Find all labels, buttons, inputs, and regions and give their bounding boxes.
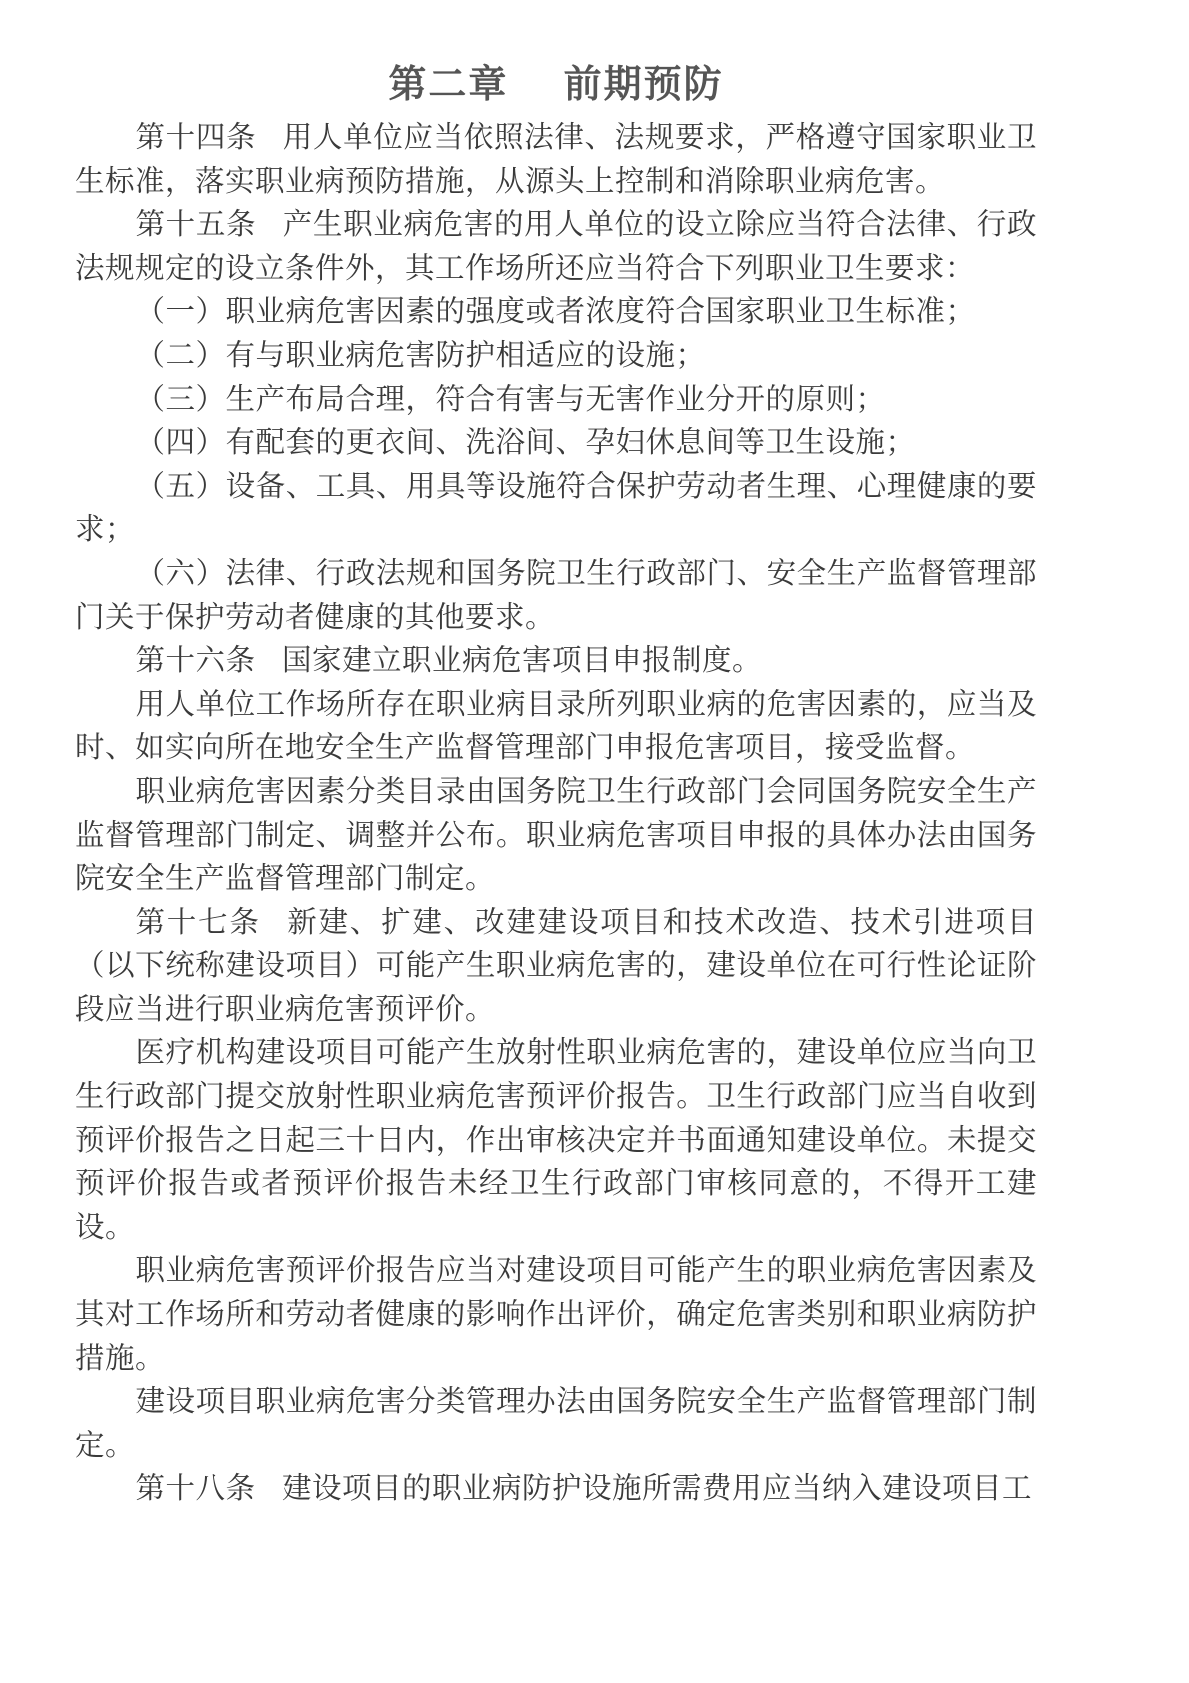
list-item-6: （六）法律、行政法规和国务院卫生行政部门、安全生产监督管理部门关于保护劳动者健康… <box>75 552 1037 639</box>
document-page: 第二章 前期预防 第十四条用人单位应当依照法律、法规要求，严格遵守国家职业卫生标… <box>75 58 1037 1511</box>
list-item-4: （四）有配套的更衣间、洗浴间、孕妇休息间等卫生设施； <box>75 421 1037 465</box>
article-15: 第十五条产生职业病危害的用人单位的设立除应当符合法律、行政法规规定的设立条件外，… <box>75 203 1037 290</box>
paragraph: 用人单位工作场所存在职业病目录所列职业病的危害因素的，应当及时、如实向所在地安全… <box>75 683 1037 770</box>
article-number: 第十七条 <box>135 905 260 939</box>
article-text: 建设项目的职业病防护设施所需费用应当纳入建设项目工 <box>282 1471 1032 1505</box>
paragraph: 职业病危害因素分类目录由国务院卫生行政部门会同国务院安全生产监督管理部门制定、调… <box>75 770 1037 901</box>
article-14: 第十四条用人单位应当依照法律、法规要求，严格遵守国家职业卫生标准，落实职业病预防… <box>75 116 1037 203</box>
list-item-5: （五）设备、工具、用具等设施符合保护劳动者生理、心理健康的要求； <box>75 465 1037 552</box>
list-item-2: （二）有与职业病危害防护相适应的设施； <box>75 334 1037 378</box>
article-text: 国家建立职业病危害项目申报制度。 <box>282 643 762 677</box>
article-16: 第十六条国家建立职业病危害项目申报制度。 <box>75 639 1037 683</box>
chapter-title: 第二章 前期预防 <box>75 58 1037 110</box>
article-number: 第十五条 <box>135 207 256 241</box>
article-18: 第十八条建设项目的职业病防护设施所需费用应当纳入建设项目工 <box>75 1467 1037 1511</box>
list-item-3: （三）生产布局合理，符合有害与无害作业分开的原则； <box>75 378 1037 422</box>
list-item-1: （一）职业病危害因素的强度或者浓度符合国家职业卫生标准； <box>75 290 1037 334</box>
article-number: 第十六条 <box>135 643 255 677</box>
paragraph: 建设项目职业病危害分类管理办法由国务院安全生产监督管理部门制定。 <box>75 1380 1037 1467</box>
paragraph: 医疗机构建设项目可能产生放射性职业病危害的，建设单位应当向卫生行政部门提交放射性… <box>75 1031 1037 1249</box>
article-number: 第十八条 <box>135 1471 255 1505</box>
article-number: 第十四条 <box>135 120 256 154</box>
paragraph: 职业病危害预评价报告应当对建设项目可能产生的职业病危害因素及其对工作场所和劳动者… <box>75 1249 1037 1380</box>
article-17: 第十七条新建、扩建、改建建设项目和技术改造、技术引进项目（以下统称建设项目）可能… <box>75 901 1037 1032</box>
